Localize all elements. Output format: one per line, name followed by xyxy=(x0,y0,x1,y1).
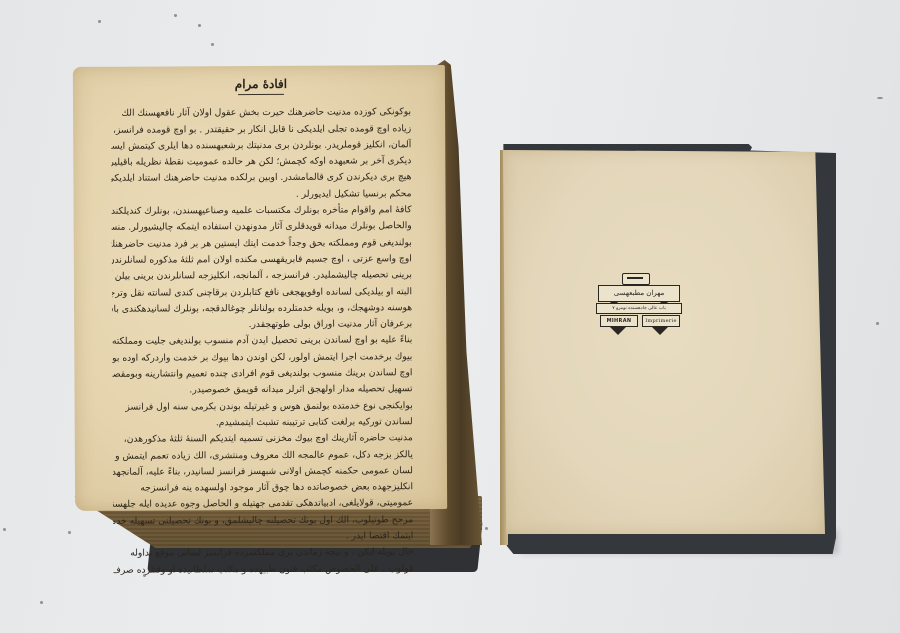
dust-speck xyxy=(877,97,883,99)
text-line: دیكری آخر بر شعبهده اوكه كچمش؛ لكن هر حا… xyxy=(111,153,411,171)
dust-speck xyxy=(211,43,214,46)
page-heading: افادهٔ مرام xyxy=(111,75,411,93)
heading-underline xyxy=(238,94,284,95)
printer-stamp: مهران مطبعهسی باب عالی جادهسنده نومرو ۷ … xyxy=(596,273,682,337)
dust-speck xyxy=(68,531,71,534)
text-line: یالكز بزجه دكل، عموم عالمجه الك معروف وم… xyxy=(113,447,413,465)
stamp-printer-name: مهران مطبعهسی xyxy=(598,285,680,302)
text-line: آلمان، انكلیز قوملریدر. بونلردن بری مدنی… xyxy=(111,137,411,155)
text-line: اوچ واسع عزتی ، اوچ جسیم فابریقهسی مكنده… xyxy=(112,251,412,269)
stamp-address: باب عالی جادهسنده نومرو ۷ xyxy=(596,303,682,314)
photo-scene: افادهٔ مرام بوكونكی كوزده مدنیت حاضرهنك … xyxy=(0,0,900,633)
text-line: ایتمك اقتضا ایدر . xyxy=(113,528,413,546)
text-line: هوسنه دوشهجك، و، بویله خدمتلرده بولنانلر… xyxy=(112,300,412,318)
text-line: قولوب ، علی الخصوص مكتب فنون طبیهده و مك… xyxy=(113,561,413,579)
left-book-open-page: افادهٔ مرام بوكونكی كوزده مدنیت حاضرهنك … xyxy=(73,65,447,511)
text-line: انكلیزجهده بعض خصوصاتده دها چوق آثار موج… xyxy=(113,479,413,497)
text-line: مدنیت حاضره آثارینك اوچ بیوك مخزنی تسمیه… xyxy=(113,430,413,448)
text-line: بیوك برخدمت اجرا ایتمش اولور، لكن اوندن … xyxy=(112,349,412,367)
stamp-label-mihran: MIHRAN xyxy=(600,315,638,327)
text-line: بوایكنجی نوع خدمتده بولنمق هوس و غیرتیله… xyxy=(113,398,413,416)
dust-speck xyxy=(198,24,201,27)
dust-speck xyxy=(3,528,6,531)
dust-speck xyxy=(98,20,101,23)
page-text-block: افادهٔ مرام بوكونكی كوزده مدنیت حاضرهنك … xyxy=(111,75,414,578)
text-line: برعرفان آثار مدنیت اوراق بولی طوتهجقدر. xyxy=(112,316,412,334)
text-line: اوچ لساندن برینك منسوب بولندیغی قوم افرا… xyxy=(112,365,412,383)
text-line: برینی تحصیله چالیشملیدر. فرانسزجه ، آلما… xyxy=(112,267,412,285)
text-line: مرجح طوتیلوب، الك اول بونك تحصیلنه چالیش… xyxy=(113,512,413,530)
text-line: كافهٔ امم واقوام متأخره بونلرك مكتسبات ع… xyxy=(112,202,412,220)
text-line: البته او بیلدیكی لسانده اوقویهجغی نافع ك… xyxy=(112,284,412,302)
stamp-ornament-icon xyxy=(622,273,650,285)
text-line: بوكونكی كوزده مدنیت حاضرهنك حیرت بخش عقو… xyxy=(111,105,411,123)
text-line: لساندن توركیه برلغت كتابی ترتیبنه تشبث ا… xyxy=(113,414,413,432)
text-line: والحاصل بونلرك میدانه قویدقلری آثار مدون… xyxy=(112,219,412,237)
dust-speck xyxy=(876,322,879,325)
text-line: تسهیل تحصیله مدار اولهجق اثرلر میدانه قو… xyxy=(112,382,412,400)
text-line: لسان عمومی حكمنه كچمش اولانی شبهسز فرانس… xyxy=(113,463,413,481)
text-line: هیچ بری دیكرندن كری قالمامشدر. اوبین برل… xyxy=(111,170,411,188)
right-book-endpaper xyxy=(503,150,825,534)
text-line: عمومیتی، قولایلغی، ادبیاتدهكی تقدمی جهتی… xyxy=(113,496,413,514)
text-line: بولندیغی قوم ومملكته بحق وجداً خدمت ایتك… xyxy=(112,235,412,253)
text-line: بناءً علیه بو اوچ لساندن برینی تحصیل اید… xyxy=(112,333,412,351)
text-line: محكم برنسیا تشكیل ایدیورلر . xyxy=(111,186,411,204)
stamp-ribbon-icon xyxy=(652,327,668,335)
dust-speck xyxy=(40,601,43,604)
dust-speck xyxy=(485,527,488,530)
stamp-label-imprimerie: Imprimerie xyxy=(642,315,680,327)
dust-speck xyxy=(174,14,177,17)
text-line: زیاده اوچ قومده تجلی ایلدیكی نا قابل انك… xyxy=(111,121,411,139)
stamp-ribbon-icon xyxy=(610,327,626,335)
text-line: حال بویله ایكن ، و نیجه زماندن بری مملكت… xyxy=(113,545,413,563)
